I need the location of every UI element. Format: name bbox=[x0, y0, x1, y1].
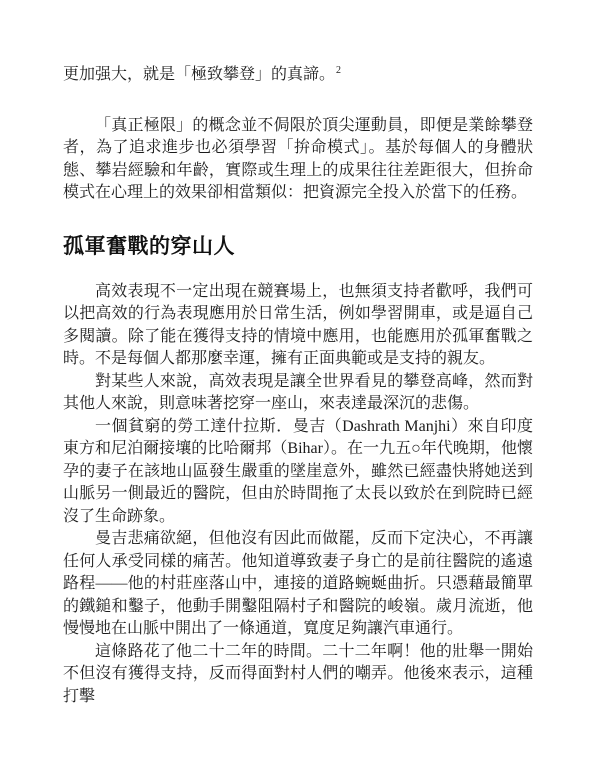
paragraph-continuation-text: 更加强大，就是「極致攀登」的真諦。 bbox=[63, 66, 335, 83]
footnote-reference: 2 bbox=[336, 65, 341, 76]
paragraph-continuation: 更加强大，就是「極致攀登」的真諦。2 bbox=[63, 64, 533, 87]
paragraph: 這條路花了他二十二年的時間。二十二年啊！他的壯舉一開始不但沒有獲得支持，反而得面… bbox=[63, 641, 533, 709]
book-page: 更加强大，就是「極致攀登」的真諦。2 「真正極限」的概念並不侷限於頂尖運動員，即… bbox=[0, 0, 600, 774]
paragraph: 曼吉悲痛欲絕，但他沒有因此而做罷，反而下定決心，不再讓任何人承受同樣的痛苦。他知… bbox=[63, 528, 533, 641]
paragraph: 高效表現不一定出現在競賽場上，也無須支持者歡呼，我們可以把高效的行為表現應用於日… bbox=[63, 281, 533, 371]
text-block: 更加强大，就是「極致攀登」的真諦。2 「真正極限」的概念並不侷限於頂尖運動員，即… bbox=[63, 64, 533, 708]
section-heading: 孤軍奮戰的穿山人 bbox=[63, 231, 533, 261]
paragraph: 對某些人來說，高效表現是讓全世界看見的攀登高峰，然而對其他人來說，則意味著挖穿一… bbox=[63, 371, 533, 416]
paragraph: 一個貧窮的勞工達什拉斯．曼吉（Dashrath Manjhi）來自印度東方和尼泊… bbox=[63, 416, 533, 529]
paragraph-intro: 「真正極限」的概念並不侷限於頂尖運動員，即便是業餘攀登者，為了追求進步也必須學習… bbox=[63, 115, 533, 205]
